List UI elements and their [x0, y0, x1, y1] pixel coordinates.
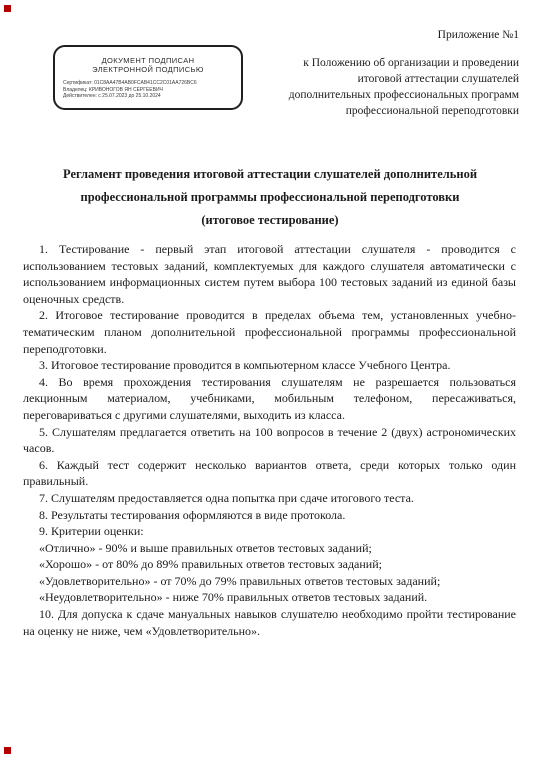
appendix-reference: к Положению об организации и проведении …	[219, 55, 519, 119]
appendix-number: Приложение №1	[219, 27, 519, 43]
red-corner-mark-icon	[4, 747, 11, 754]
document-title-line: (итоговое тестирование)	[30, 209, 510, 232]
stamp-validity: Действителен: с 25.07.2023 до 25.10.2024	[63, 93, 241, 100]
stamp-meta: Сертификат: 01C8AA47B4AB0FCAB41CC2C01AA7…	[63, 80, 241, 100]
stamp-title: ДОКУМЕНТ ПОДПИСАН ЭЛЕКТРОННОЙ ПОДПИСЬЮ	[55, 56, 241, 74]
document-paragraph: 8. Результаты тестирования оформляются в…	[23, 507, 516, 524]
electronic-signature-stamp: ДОКУМЕНТ ПОДПИСАН ЭЛЕКТРОННОЙ ПОДПИСЬЮ С…	[53, 45, 243, 110]
document-paragraph: 7. Слушателям предоставляется одна попыт…	[23, 490, 516, 507]
document-paragraph: 1. Тестирование - первый этап итоговой а…	[23, 241, 516, 307]
grade-criteria-line: «Хорошо» - от 80% до 89% правильных отве…	[23, 556, 516, 573]
document-paragraph: 10. Для допуска к сдаче мануальных навык…	[23, 606, 516, 639]
stamp-title-line-1: ДОКУМЕНТ ПОДПИСАН	[55, 56, 241, 65]
appendix-reference-line: к Положению об организации и проведении	[219, 55, 519, 71]
appendix-reference-line: профессиональной переподготовки	[219, 103, 519, 119]
document-paragraph: 2. Итоговое тестирование проводится в пр…	[23, 307, 516, 357]
grade-criteria-line: «Удовлетворительно» - от 70% до 79% прав…	[23, 573, 516, 590]
document-paragraph: 4. Во время прохождения тестирования слу…	[23, 374, 516, 424]
document-paragraph: 6. Каждый тест содержит несколько вариан…	[23, 457, 516, 490]
document-title-line: Регламент проведения итоговой аттестации…	[30, 163, 510, 186]
document-paragraph: 3. Итоговое тестирование проводится в ко…	[23, 357, 516, 374]
document-paragraph: 5. Слушателям предлагается ответить на 1…	[23, 424, 516, 457]
document-title-line: профессиональной программы профессиональ…	[30, 186, 510, 209]
grade-criteria-line: «Неудовлетворительно» - ниже 70% правиль…	[23, 589, 516, 606]
appendix-reference-line: дополнительных профессиональных программ	[219, 87, 519, 103]
stamp-title-line-2: ЭЛЕКТРОННОЙ ПОДПИСЬЮ	[55, 65, 241, 74]
red-corner-mark-icon	[4, 5, 11, 12]
grade-criteria-line: «Отлично» - 90% и выше правильных ответо…	[23, 540, 516, 557]
document-page: ДОКУМЕНТ ПОДПИСАН ЭЛЕКТРОННОЙ ПОДПИСЬЮ С…	[0, 0, 540, 763]
appendix-header: Приложение №1 к Положению об организации…	[219, 27, 519, 119]
appendix-reference-line: итоговой аттестации слушателей	[219, 71, 519, 87]
document-title: Регламент проведения итоговой аттестации…	[30, 163, 510, 232]
document-paragraph: 9. Критерии оценки:	[23, 523, 516, 540]
document-body: 1. Тестирование - первый этап итоговой а…	[23, 241, 516, 639]
